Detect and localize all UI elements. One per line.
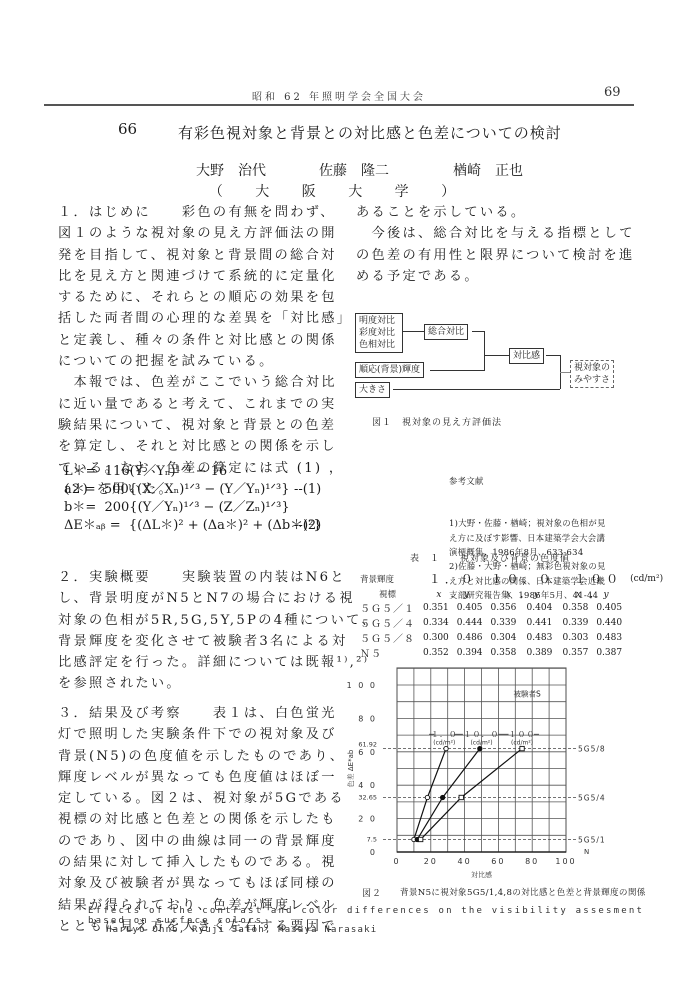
text-line: ２．実験概要 実験装置の内装はN6と: [58, 567, 377, 588]
formula-number-2: --(2): [294, 518, 321, 533]
table-cell: 0.440: [592, 615, 626, 630]
table-cell: 0.304: [487, 630, 523, 645]
formula-block: L＊= 116(Y／Yₙ)¹ᐟ³ − 16 a＊= 500{(X／Xₙ)¹ᐟ³ …: [64, 463, 322, 535]
connector: [484, 331, 485, 371]
series-label: １０．０: [464, 730, 500, 739]
author-3: 楢崎 正也: [453, 160, 523, 180]
formula-b: b＊= 200{(Y／Yₙ)¹ᐟ³ − (Z／Zₙ)¹ᐟ³}: [64, 499, 322, 517]
text-line: を算定し、それと対比感との関係を示し: [58, 436, 352, 457]
series-unit-label: (cd/m²): [511, 740, 533, 747]
author-2: 佐藤 隆二: [319, 160, 389, 180]
series-unit-label: (cd/m²): [433, 740, 455, 747]
row-label: ５Ｇ５／８: [356, 630, 419, 645]
table-row: ５Ｇ５／８0.3000.4860.3040.4830.3030.483: [356, 630, 667, 645]
connector: [393, 389, 560, 390]
connector: [472, 331, 484, 332]
row-label: ５Ｇ５／１: [356, 600, 419, 615]
text-line: についての把握を試みている。: [58, 351, 352, 372]
text-line: に近い量であると考えて、これまでの実: [58, 394, 352, 415]
text-line: める予定である。: [356, 266, 635, 287]
text-line: 験結果について、視対象と背景との色差: [58, 415, 352, 436]
text-line: 対象及び被験者が異なってもほぼ同様の: [58, 873, 345, 894]
figure-1-caption: 図１ 視対象の見え方評価法: [372, 415, 502, 428]
table-cell: 0.303: [559, 630, 593, 645]
text-line: 図１のような視対象の見え方評価法の開: [58, 223, 352, 244]
connector: [560, 372, 570, 373]
x-tick-label: 60: [491, 857, 505, 866]
header-rule: [44, 104, 634, 106]
table-cell: 0.486: [453, 630, 487, 645]
section-3-continued: あることを示している。 今後は、総合対比を与える指標としての色差の有用性と限界に…: [356, 202, 635, 287]
table-row: ５Ｇ５／４0.3340.4440.3390.4410.3390.440: [356, 615, 667, 630]
english-authors: Haruyo Ohno, Ryuji Satoh, Masaya Narasak…: [106, 925, 377, 935]
text-line: するために、それらとの順応の効果を包: [58, 287, 352, 308]
text-line: の結果に対して挿入したものである。視: [58, 852, 345, 873]
xy-label: x ， y: [419, 587, 487, 600]
figure-2-caption-number: 図２: [362, 886, 382, 899]
table-1-caption: 表 １ 視対象及び背景の色度値: [410, 551, 570, 564]
y-tick-label: 2 0: [358, 815, 377, 824]
data-point: [478, 746, 482, 750]
series-label: １．０: [431, 730, 458, 739]
table-cell: 0.394: [453, 645, 487, 660]
conference-header: 昭和 62 年照明学会全国大会: [0, 88, 678, 103]
text-line: 今後は、総合対比を与える指標として: [356, 223, 635, 244]
x-tick-label: 80: [525, 857, 539, 866]
series-line: [421, 749, 522, 840]
y-tick-label: 4 0: [358, 781, 377, 790]
background-luminance-label: 背景輝度: [356, 570, 419, 587]
series-label: １００: [509, 730, 536, 739]
table-cell: 0.357: [559, 645, 593, 660]
table-cell: 0.387: [592, 645, 626, 660]
connector: [546, 355, 560, 356]
table-cell: 0.352: [419, 645, 453, 660]
affiliation: （ 大 阪 大 学 ）: [0, 181, 678, 201]
formula-L: L＊= 116(Y／Yₙ)¹ᐟ³ − 16: [64, 463, 322, 481]
table-cell: 0.441: [523, 615, 559, 630]
english-title: Effects of the contrast and color differ…: [88, 906, 678, 926]
table-cell: 0.356: [487, 600, 523, 615]
xy-label: x ， y: [559, 587, 627, 600]
text-line: 輝度レベルが異なっても色度値はほぼ一: [58, 767, 345, 788]
text-line: 定している。図２は、視対象が5Gである: [58, 788, 345, 809]
text-line: 背景(N5)の色度値を示したものであり、: [58, 746, 345, 767]
subject-label: 被験者S: [513, 689, 540, 699]
data-point: [459, 795, 463, 799]
paper-title: 有彩色視対象と背景との対比感と色差についての検討: [178, 122, 562, 143]
formula-a: a＊= 500{(X／Xₙ)¹ᐟ³ − (Y／Yₙ)¹ᐟ³}: [64, 481, 322, 499]
contrast-feeling-box: 対比感: [509, 348, 544, 364]
formula-number-1: --(1): [294, 482, 321, 497]
reference-line: 1)大野・佐藤・楢崎；視対象の色相が見: [449, 516, 606, 530]
data-point: [440, 795, 444, 799]
series-line: [417, 749, 480, 840]
adaptation-luminance-box: 順応(背景)輝度: [355, 362, 424, 378]
table-cell: 0.339: [487, 615, 523, 630]
text-line: のであり、図中の曲線は同一の背景輝度: [58, 831, 345, 852]
table-cell: 0.300: [419, 630, 453, 645]
x-tick-label: 20: [424, 857, 438, 866]
table-cell: 0.358: [559, 600, 593, 615]
table-cell: 0.483: [523, 630, 559, 645]
section-2-experiment: ２．実験概要 実験装置の内装はN6とし、背景明度がN5とN7の場合における視対象…: [58, 567, 377, 695]
total-contrast-box: 総合対比: [424, 324, 468, 340]
x-tick-label: 40: [458, 857, 472, 866]
table-cell: 0.351: [419, 600, 453, 615]
text-line: 発を目指して、視対象と背景間の総合対: [58, 245, 352, 266]
target-label: 視標: [356, 587, 419, 600]
size-box: 大きさ: [355, 382, 390, 398]
table-cell: 0.405: [592, 600, 626, 615]
text-line: 背景輝度を変化させて被験者3名による対: [58, 631, 377, 652]
text-line: と定義し、種々の条件と対比感との関係: [58, 330, 352, 351]
visibility-box: 視対象の みやすさ: [570, 360, 614, 388]
reference-label: 5G5/1: [578, 835, 606, 844]
y-tick-label: 1 0 0: [347, 681, 377, 690]
text-line: 比を見え方と関連づけて系統的に定量化: [58, 266, 352, 287]
table-row: ５Ｇ５／１0.3510.4050.3560.4040.3580.405: [356, 600, 667, 615]
text-line: し、背景明度がN5とN7の場合における視: [58, 588, 377, 609]
x-axis-label: 対比感: [471, 870, 492, 879]
xy-label: x ， y: [487, 587, 559, 600]
luminance-unit: (cd/m²): [626, 570, 667, 587]
section-3-results: ３．結果及び考察 表１は、白色蛍光灯で照明した実験条件下での視対象及び背景(N5…: [58, 703, 345, 937]
text-line: 視標の対比感と色差との関係を示したも: [58, 809, 345, 830]
text-line: ３．結果及び考察 表１は、白色蛍光: [58, 703, 345, 724]
y-tick-label: 6 0: [358, 748, 377, 757]
table-cell: 0.483: [592, 630, 626, 645]
y-tick-label: 32.65: [358, 793, 377, 801]
data-point: [425, 795, 429, 799]
table-cell: 0.404: [523, 600, 559, 615]
text-line: 灯で照明した実験条件下での視対象及び: [58, 724, 345, 745]
table-cell: 0.405: [453, 600, 487, 615]
text-line: 本報では、色差がここでいう総合対比: [58, 372, 352, 393]
connector: [484, 355, 509, 356]
figure-2-caption: 背景N5に視対象5G5/1,4,8の対比感と色差と背景輝度の関係: [400, 886, 646, 898]
data-point: [444, 746, 448, 750]
text-line: を参照されたい。: [58, 673, 377, 694]
figure-1-diagram: 明度対比 彩度対比 色相対比 総合対比 順応(背景)輝度 対比感 大きさ 視対象…: [355, 313, 655, 428]
luminance-10: １０．０: [487, 570, 559, 587]
text-line: あることを示している。: [356, 202, 635, 223]
table-cell: 0.339: [559, 615, 593, 630]
table-cell: 0.358: [487, 645, 523, 660]
x-axis-end-label: N: [584, 848, 589, 856]
text-line: 括した両者間の心理的な差異を「対比感」: [58, 308, 352, 329]
text-line: の色差の有用性と限界について検討を進: [356, 245, 635, 266]
connector: [402, 331, 424, 332]
luminance-1: １．０: [419, 570, 487, 587]
table-1: 背景輝度 １．０ １０．０ １００ (cd/m²) 視標 x ， y x ， y…: [356, 570, 667, 660]
data-point: [520, 746, 524, 750]
text-line: 対象の色相が5R,5G,5Y,5Pの4種について、: [58, 610, 377, 631]
row-label: Ｎ５: [356, 645, 419, 660]
data-point: [418, 837, 422, 841]
text-line: 比感評定を行った。詳細については既報¹⁾,²⁾: [58, 652, 377, 673]
contrast-components-box: 明度対比 彩度対比 色相対比: [355, 313, 403, 353]
table-subheader-row: 視標 x ， y x ， y x ， y: [356, 587, 667, 600]
paper-number: 66: [118, 120, 137, 138]
table-header-row: 背景輝度 １．０ １０．０ １００ (cd/m²): [356, 570, 667, 587]
x-tick-label: 100: [555, 857, 576, 866]
page-number: 69: [604, 85, 621, 100]
table-row: Ｎ５0.3520.3940.3580.3890.3570.387: [356, 645, 667, 660]
series-line: [414, 749, 446, 840]
y-tick-label: 61.92: [358, 741, 377, 749]
series-unit-label: (cd/m²): [470, 740, 492, 747]
author-1: 大野 治代: [196, 160, 266, 180]
x-tick-label: 0: [393, 857, 400, 866]
formula-deltaE: ΔE＊ₐᵦ = {(ΔL＊)² + (Δa＊)² + (Δb＊)²}: [64, 517, 322, 535]
y-tick-label: 7.5: [367, 835, 377, 843]
reference-line: え方に及ぼす影響、日本建築学会大会講: [449, 531, 606, 545]
table-cell: 0.334: [419, 615, 453, 630]
y-axis-label: 色差 ΔE*ab: [346, 749, 355, 787]
text-line: １．はじめに 彩色の有無を問わず、: [58, 202, 352, 223]
y-tick-label: 8 0: [358, 714, 377, 723]
row-label: ５Ｇ５／４: [356, 615, 419, 630]
reference-label: 5G5/8: [578, 745, 606, 754]
table-cell: 0.444: [453, 615, 487, 630]
reference-label: 5G5/4: [578, 793, 606, 802]
y-tick-label: 0: [370, 848, 377, 857]
section-1-introduction: １．はじめに 彩色の有無を問わず、図１のような視対象の見え方評価法の開発を目指し…: [58, 202, 352, 500]
references-heading: 参考文献: [449, 474, 606, 488]
connector: [430, 370, 484, 371]
table-cell: 0.389: [523, 645, 559, 660]
luminance-100: １００: [559, 570, 627, 587]
figure-2-chart: 1 0 08 06 04 02 0061.9232.657.5020406080…: [340, 665, 678, 880]
